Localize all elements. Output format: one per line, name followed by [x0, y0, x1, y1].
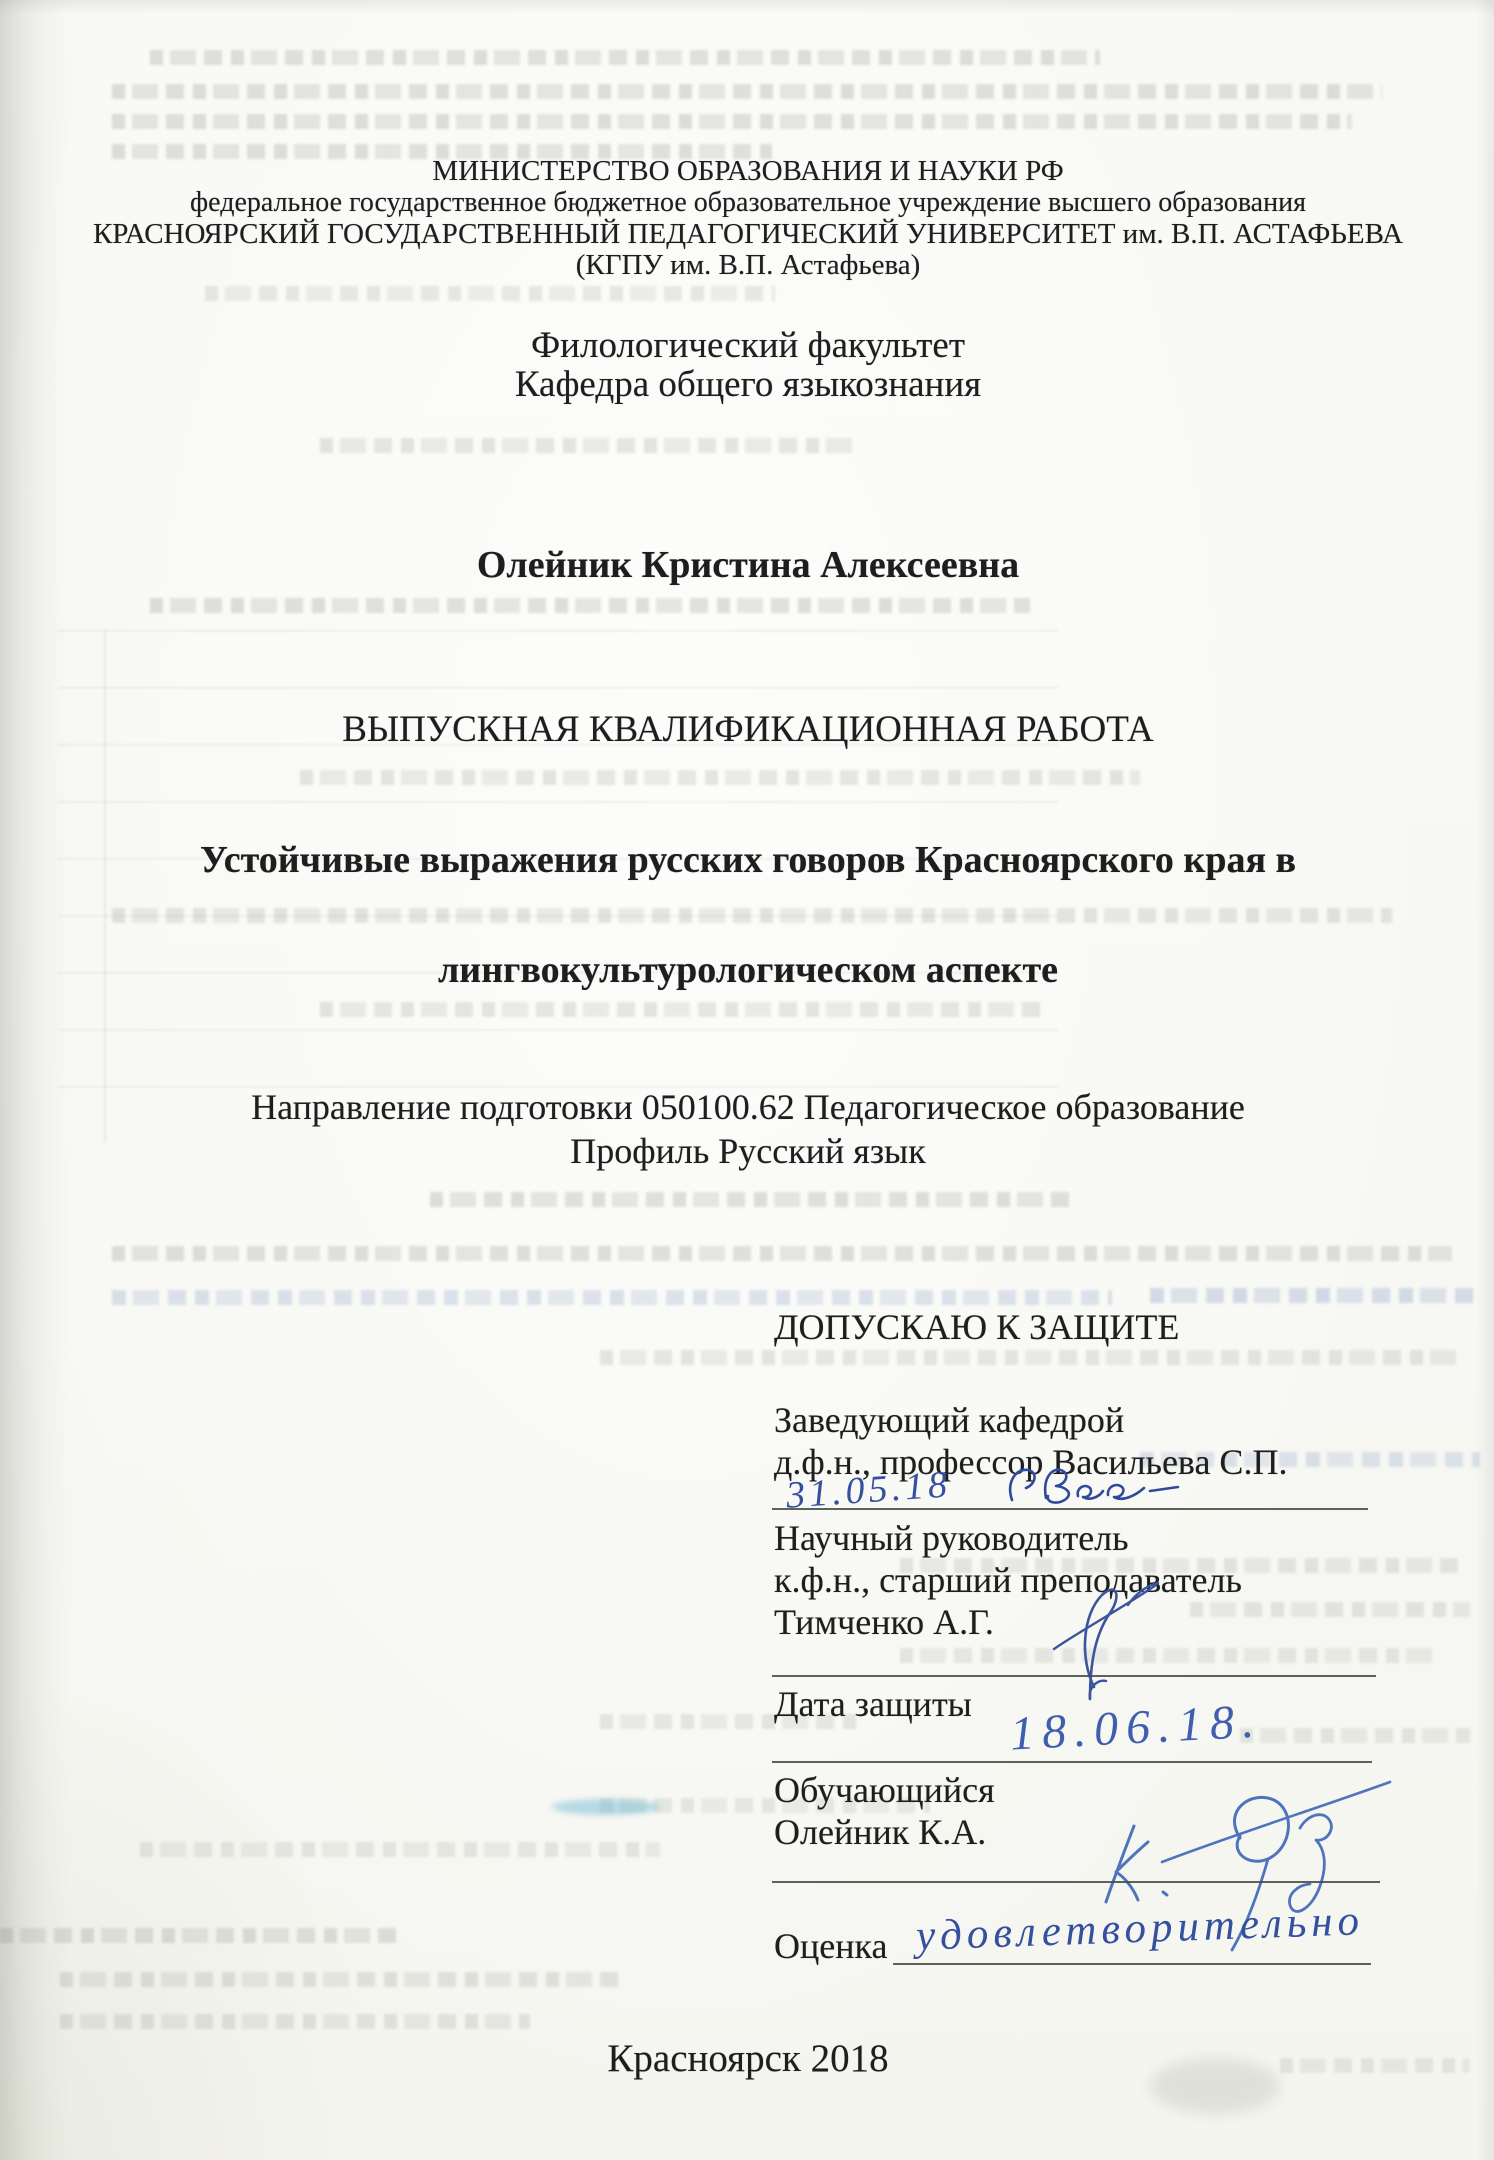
thesis-title-line2: лингвокультурологическом аспекте: [16, 948, 1480, 993]
bleed-through-line: [112, 908, 1392, 923]
bleed-through-line: [205, 286, 775, 301]
scan-edge-shadow-top: [0, 0, 1494, 14]
signature-line: [772, 1761, 1372, 1763]
defense-date-label: Дата защиты: [774, 1683, 972, 1725]
defense-date-handwritten: 18.06.18.: [1009, 1693, 1264, 1761]
supervisor-label: Научный руководитель: [774, 1517, 1129, 1559]
student-name: Олейник К.А.: [774, 1811, 986, 1853]
bleed-through-line: [112, 1246, 1452, 1261]
approval-heading: ДОПУСКАЮ К ЗАЩИТЕ: [774, 1306, 1179, 1348]
bleed-through-line: [300, 770, 1140, 785]
bleed-through-line: [60, 2014, 530, 2029]
bleed-through-line: [320, 438, 860, 453]
ink-smudge-cyan: [552, 1799, 660, 1815]
faculty-name: Филологический факультет: [16, 324, 1480, 368]
city-year-footer: Красноярск 2018: [16, 2036, 1480, 2082]
signature-line: [772, 1508, 1368, 1510]
bleed-through-line: [112, 84, 1382, 99]
bleed-through-line: [112, 114, 1352, 129]
bleed-through-line: [320, 1002, 1040, 1017]
profile-line: Профиль Русский язык: [16, 1130, 1480, 1172]
department-name: Кафедра общего языкознания: [16, 363, 1480, 407]
scanned-thesis-title-page: МИНИСТЕРСТВО ОБРАЗОВАНИЯ И НАУКИ РФ феде…: [0, 0, 1494, 2160]
bleed-through-line: [1240, 1728, 1470, 1743]
bleed-through-line: [112, 1290, 1112, 1305]
signature-line: [893, 1963, 1371, 1965]
signature-line: [772, 1675, 1376, 1677]
bleed-through-line: [430, 1192, 1070, 1207]
student-label: Обучающийся: [774, 1769, 995, 1811]
signature-line: [772, 1881, 1380, 1883]
university-line: КРАСНОЯРСКИЙ ГОСУДАРСТВЕННЫЙ ПЕДАГОГИЧЕС…: [16, 217, 1480, 251]
bleed-through-line: [1190, 1602, 1470, 1617]
bleed-through-line: [0, 1928, 400, 1943]
thesis-title-line1: Устойчивые выражения русских говоров Кра…: [16, 838, 1480, 883]
bleed-through-line: [1150, 1288, 1480, 1303]
university-abbr-line: (КГПУ им. В.П. Астафьева): [16, 248, 1480, 282]
supervisor-signature: [1028, 1575, 1208, 1707]
author-name: Олейник Кристина Алексеевна: [16, 543, 1480, 588]
bleed-through-table: [58, 630, 1058, 1142]
supervisor-name: Тимченко А.Г.: [774, 1601, 994, 1643]
institution-line: федеральное государственное бюджетное об…: [16, 186, 1480, 219]
ministry-line: МИНИСТЕРСТВО ОБРАЗОВАНИЯ И НАУКИ РФ: [16, 154, 1480, 188]
bleed-through-line: [140, 1842, 660, 1857]
bleed-through-line: [150, 598, 1030, 613]
grade-label: Оценка: [774, 1925, 887, 1967]
bleed-through-line: [150, 50, 1100, 65]
work-type-heading: ВЫПУСКНАЯ КВАЛИФИКАЦИОННАЯ РАБОТА: [16, 708, 1480, 752]
head-of-department-label: Заведующий кафедрой: [774, 1399, 1124, 1441]
program-line: Направление подготовки 050100.62 Педагог…: [16, 1086, 1480, 1128]
bleed-through-line: [60, 1972, 620, 1987]
bleed-through-line: [600, 1350, 1460, 1365]
